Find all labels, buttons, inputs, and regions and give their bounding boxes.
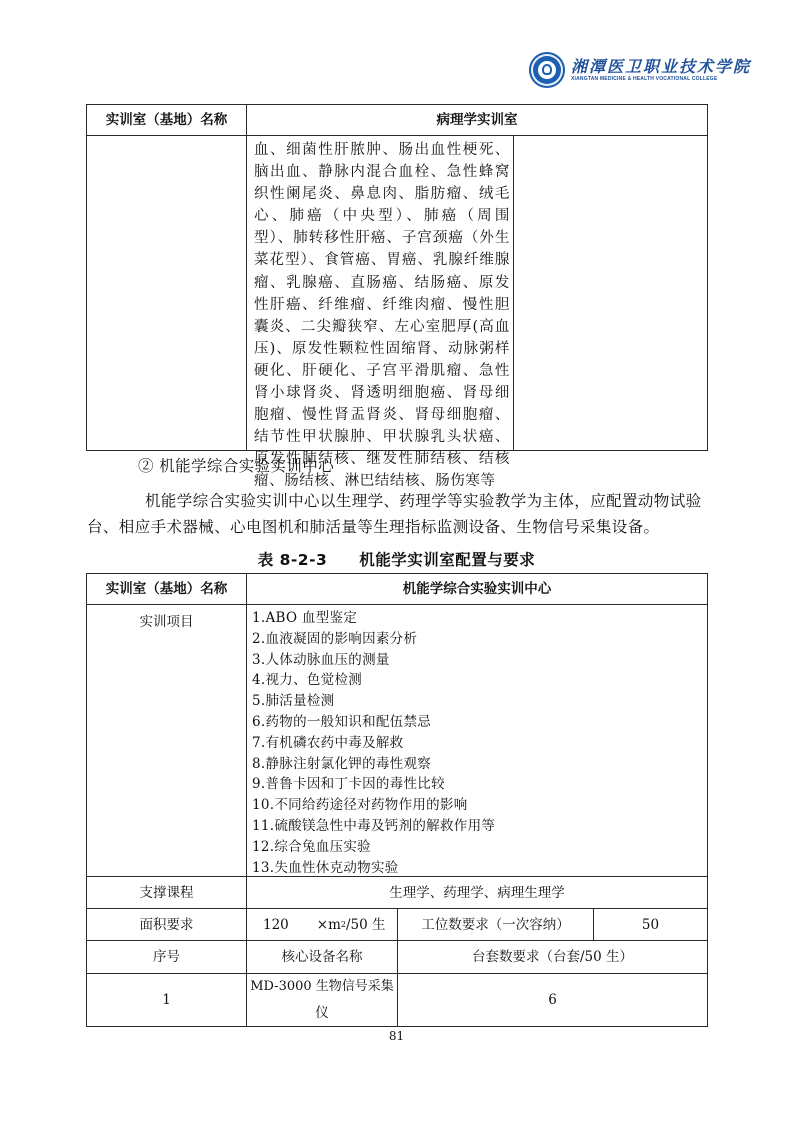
equip-header-name: 核心设备名称 — [246, 940, 398, 974]
area-unit-prefix: ×m — [317, 916, 341, 934]
table2-header-value: 机能学综合实验实训中心 — [246, 573, 708, 605]
projects-label: 实训项目 — [86, 604, 247, 877]
stations-label: 工位数要求（一次容纳） — [397, 908, 594, 941]
project-item: 11.硫酸镁急性中毒及钙剂的解救作用等 — [252, 816, 552, 837]
table1-content-right — [513, 135, 708, 451]
table2-header-label: 实训室（基地）名称 — [86, 573, 247, 605]
project-item: 4.视力、色觉检测 — [252, 670, 552, 691]
table1-header-label: 实训室（基地）名称 — [86, 104, 247, 136]
table-caption: 表 8-2-3 机能学实训室配置与要求 — [0, 548, 793, 570]
project-item: 3.人体动脉血压的测量 — [252, 650, 552, 671]
equip-header-quantity: 台套数要求（台套/50 生） — [397, 940, 708, 974]
equip-row-name: MD-3000 生物信号采集 仪 — [246, 973, 398, 1027]
stations-value: 50 — [593, 908, 708, 941]
area-value: 120 ×m2/50 生 — [246, 908, 398, 941]
project-item: 8.静脉注射氯化钾的毒性观察 — [252, 754, 552, 775]
project-item: 7.有机磷农药中毒及解救 — [252, 733, 552, 754]
table1-header-value: 病理学实训室 — [246, 104, 708, 136]
college-emblem-icon — [529, 52, 565, 88]
projects-list: 1.ABO 血型鉴定 2.血液凝固的影响因素分析 3.人体动脉血压的测量 4.视… — [252, 608, 552, 878]
equip-row-index: 1 — [86, 973, 247, 1027]
project-item: 9.普鲁卡因和丁卡因的毒性比较 — [252, 774, 552, 795]
area-label: 面积要求 — [86, 908, 247, 941]
table1-content-left — [86, 135, 247, 451]
project-item: 6.药物的一般知识和配伍禁忌 — [252, 712, 552, 733]
courses-value: 生理学、药理学、病理生理学 — [246, 876, 708, 909]
logo-name-cn: 湘潭医卫职业技术学院 — [571, 58, 751, 76]
college-logo: 湘潭医卫职业技术学院 XIANGTAN MEDICINE & HEALTH VO… — [529, 48, 771, 92]
equip-row-quantity: 6 — [397, 973, 708, 1027]
project-item: 1.ABO 血型鉴定 — [252, 608, 552, 629]
section-heading: ② 机能学综合实验实训中心 — [138, 455, 334, 477]
project-item: 10.不同给药途径对药物作用的影响 — [252, 795, 552, 816]
equip-name-line2: 仪 — [315, 1000, 329, 1026]
section-paragraph-line1: 机能学综合实验实训中心以生理学、药理学等实验教学为主体，应配置动物试验 — [145, 490, 702, 512]
section-paragraph-line2: 台、相应手术器械、心电图机和肺活量等生理指标监测设备、生物信号采集设备。 — [87, 516, 659, 538]
equip-header-index: 序号 — [86, 940, 247, 974]
courses-label: 支撑课程 — [86, 876, 247, 909]
area-number: 120 — [263, 916, 289, 934]
specimen-list-text: 血、细菌性肝脓肿、肠出血性梗死、脑出血、静脉内混合血栓、急性蜂窝织性阑尾炎、鼻息… — [254, 139, 510, 493]
project-item: 2.血液凝固的影响因素分析 — [252, 629, 552, 650]
page-number: 81 — [0, 1029, 793, 1043]
project-item: 5.肺活量检测 — [252, 691, 552, 712]
logo-name-en: XIANGTAN MEDICINE & HEALTH VOCATIONAL CO… — [571, 76, 751, 83]
area-unit-suffix: /50 生 — [346, 916, 386, 934]
project-item: 12.综合兔血压实验 — [252, 837, 552, 858]
equip-name-line1: MD-3000 生物信号采集 — [250, 974, 394, 1000]
